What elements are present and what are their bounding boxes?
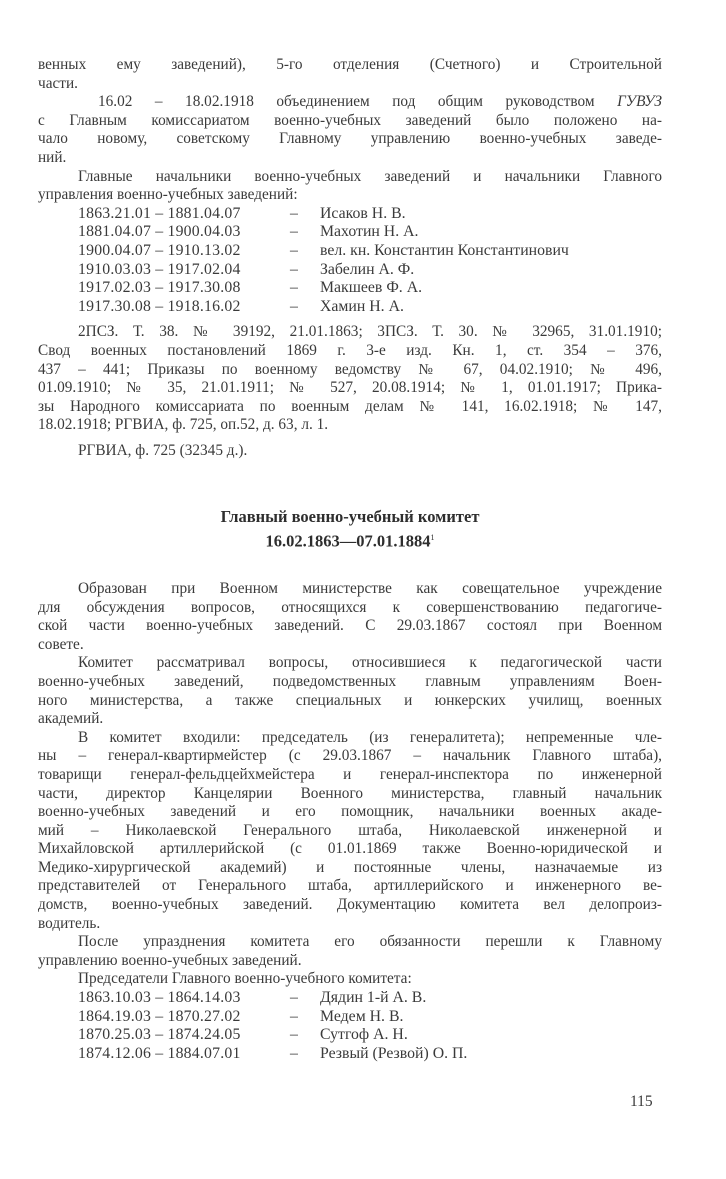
text-line: военно-учебных заведений и его помощник,… bbox=[38, 803, 662, 822]
list-item: 1863.21.01 – 1881.04.07–Исаков Н. В. bbox=[78, 205, 662, 224]
text-line: 437 – 441; Приказы по военному ведомству… bbox=[38, 361, 662, 380]
dash: – bbox=[290, 1045, 320, 1064]
text-line: для обсуждения вопросов, относящихся к с… bbox=[38, 599, 662, 618]
section-title: Главный военно-учебный комитет bbox=[38, 506, 662, 527]
dash: – bbox=[290, 989, 320, 1008]
text-line: управлению военно-учебных заведений. bbox=[38, 952, 662, 971]
spacer bbox=[38, 435, 662, 442]
term-dates: 1917.30.08 – 1918.16.02 bbox=[78, 298, 290, 317]
dash: – bbox=[290, 242, 320, 261]
text-line: Михайловской артиллерийской (с 01.01.186… bbox=[38, 840, 662, 859]
dash: – bbox=[290, 205, 320, 224]
dash: – bbox=[290, 261, 320, 280]
text-line: 18.02.1918; РГВИА, ф. 725, оп.52, д. 63,… bbox=[38, 416, 662, 435]
list-item: 1910.03.03 – 1917.02.04–Забелин А. Ф. bbox=[78, 261, 662, 280]
text-line: После упразднения комитета его обязаннос… bbox=[38, 933, 662, 952]
dates-text: 16.02.1863—07.01.1884 bbox=[266, 532, 431, 551]
text-line: В комитет входили: председатель (из гене… bbox=[38, 729, 662, 748]
text-line: с Главным комиссариатом военно-учебных з… bbox=[38, 112, 662, 131]
list-item: 1917.30.08 – 1918.16.02–Хамин Н. А. bbox=[78, 298, 662, 317]
person-name: вел. кн. Константин Константинович bbox=[320, 242, 569, 261]
term-dates: 1863.10.03 – 1864.14.03 bbox=[78, 989, 290, 1008]
chairs-list: 1863.10.03 – 1864.14.03–Дядин 1-й А. В. … bbox=[38, 989, 662, 1063]
text-line: ний. bbox=[38, 149, 662, 168]
paragraph: Образован при Военном министерстве как с… bbox=[38, 580, 662, 654]
text-line: чало новому, советскому Главному управле… bbox=[38, 130, 662, 149]
document-page: венных ему заведений), 5-го отделения (С… bbox=[38, 56, 662, 1063]
text-line: академий. bbox=[38, 710, 662, 729]
abbreviation-italic: ГУВУЗ bbox=[617, 93, 662, 110]
chairs-intro: Председатели Главного военно-учебного ко… bbox=[38, 970, 662, 989]
chiefs-intro: Главные начальники военно-учебных заведе… bbox=[38, 168, 662, 205]
text-line: ны – генерал-квартирмейстер (с 29.03.186… bbox=[38, 747, 662, 766]
text-line: части. bbox=[38, 75, 662, 94]
person-name: Исаков Н. В. bbox=[320, 205, 406, 224]
paragraph: В комитет входили: председатель (из гене… bbox=[38, 729, 662, 934]
text-line: представителей от Генерального штаба, ар… bbox=[38, 877, 662, 896]
list-item: 1863.10.03 – 1864.14.03–Дядин 1-й А. В. bbox=[78, 989, 662, 1008]
text-line: Председатели Главного военно-учебного ко… bbox=[38, 970, 662, 989]
person-name: Хамин Н. А. bbox=[320, 298, 404, 317]
text-line: Медико-хирургической академий) и постоян… bbox=[38, 859, 662, 878]
spacer bbox=[38, 552, 662, 580]
text-line: Образован при Военном министерстве как с… bbox=[38, 580, 662, 599]
term-dates: 1917.02.03 – 1917.30.08 bbox=[78, 279, 290, 298]
text-line: зы Народного комиссариата по военным дел… bbox=[38, 398, 662, 417]
dash: – bbox=[290, 298, 320, 317]
text-line: ного министерства, а также специальных и… bbox=[38, 692, 662, 711]
person-name: Сутгоф А. Н. bbox=[320, 1026, 408, 1045]
section-dates: 16.02.1863—07.01.18841 bbox=[38, 527, 662, 552]
text-line: Главные начальники военно-учебных заведе… bbox=[38, 168, 662, 187]
text-line: домств, военно-учебных заведений. Докуме… bbox=[38, 896, 662, 915]
list-item: 1917.02.03 – 1917.30.08–Макшеев Ф. А. bbox=[78, 279, 662, 298]
person-name: Макшеев Ф. А. bbox=[320, 279, 422, 298]
text-line: товарищи генерал-фельдцейхмейстера и ген… bbox=[38, 766, 662, 785]
paragraph-continuation: венных ему заведений), 5-го отделения (С… bbox=[38, 56, 662, 93]
list-item: 1864.19.03 – 1870.27.02–Медем Н. В. bbox=[78, 1008, 662, 1027]
chiefs-list: 1863.21.01 – 1881.04.07–Исаков Н. В. 188… bbox=[38, 205, 662, 317]
term-dates: 1900.04.07 – 1910.13.02 bbox=[78, 242, 290, 261]
text-line: части, директор Канцелярии Военного мини… bbox=[38, 785, 662, 804]
list-item: 1874.12.06 – 1884.07.01–Резвый (Резвой) … bbox=[78, 1045, 662, 1064]
text-line: венных ему заведений), 5-го отделения (С… bbox=[38, 56, 662, 75]
term-dates: 1881.04.07 – 1900.04.03 bbox=[78, 223, 290, 242]
text-line: 01.09.1910; № 35, 21.01.1911; № 527, 20.… bbox=[38, 379, 662, 398]
spacer bbox=[38, 460, 662, 506]
dash: – bbox=[290, 223, 320, 242]
paragraph: После упразднения комитета его обязаннос… bbox=[38, 933, 662, 970]
list-item: 1881.04.07 – 1900.04.03–Махотин Н. А. bbox=[78, 223, 662, 242]
dash: – bbox=[290, 279, 320, 298]
text-line: Свод военных постановлений 1869 г. 3-е и… bbox=[38, 342, 662, 361]
sources-block: 2ПСЗ. Т. 38. № 39192, 21.01.1863; 3ПСЗ. … bbox=[38, 323, 662, 435]
term-dates: 1874.12.06 – 1884.07.01 bbox=[78, 1045, 290, 1064]
text-line: ской части военно-учебных заведений. С 2… bbox=[38, 617, 662, 636]
archive-reference: РГВИА, ф. 725 (32345 д.). bbox=[38, 442, 662, 461]
text-line: 2ПСЗ. Т. 38. № 39192, 21.01.1863; 3ПСЗ. … bbox=[38, 323, 662, 342]
text-line: РГВИА, ф. 725 (32345 д.). bbox=[38, 442, 662, 461]
person-name: Забелин А. Ф. bbox=[320, 261, 414, 280]
dash: – bbox=[290, 1008, 320, 1027]
text-line: управления военно-учебных заведений: bbox=[38, 186, 662, 205]
text-line: военно-учебных заведений, подведомственн… bbox=[38, 673, 662, 692]
term-dates: 1863.21.01 – 1881.04.07 bbox=[78, 205, 290, 224]
text-line: 16.02 – 18.02.1918 объединением под общи… bbox=[38, 93, 662, 112]
list-item: 1870.25.03 – 1874.24.05–Сутгоф А. Н. bbox=[78, 1026, 662, 1045]
dash: – bbox=[290, 1026, 320, 1045]
paragraph: Комитет рассматривал вопросы, относившие… bbox=[38, 654, 662, 728]
person-name: Резвый (Резвой) О. П. bbox=[320, 1045, 467, 1064]
list-item: 1900.04.07 – 1910.13.02–вел. кн. Констан… bbox=[78, 242, 662, 261]
text-line: мий – Николаевской Генерального штаба, Н… bbox=[38, 822, 662, 841]
person-name: Медем Н. В. bbox=[320, 1008, 403, 1027]
term-dates: 1910.03.03 – 1917.02.04 bbox=[78, 261, 290, 280]
person-name: Махотин Н. А. bbox=[320, 223, 418, 242]
section-heading: Главный военно-учебный комитет 16.02.186… bbox=[38, 506, 662, 552]
text-line: совете. bbox=[38, 636, 662, 655]
footnote-mark: 1 bbox=[431, 533, 435, 542]
paragraph-1918: 16.02 – 18.02.1918 объединением под общи… bbox=[38, 93, 662, 167]
term-dates: 1870.25.03 – 1874.24.05 bbox=[78, 1026, 290, 1045]
text-line: Комитет рассматривал вопросы, относившие… bbox=[38, 654, 662, 673]
spacer bbox=[38, 316, 662, 323]
text-span: 16.02 – 18.02.1918 объединением под общи… bbox=[98, 93, 617, 110]
text-line: водитель. bbox=[38, 915, 662, 934]
page-number: 115 bbox=[630, 1093, 653, 1111]
term-dates: 1864.19.03 – 1870.27.02 bbox=[78, 1008, 290, 1027]
person-name: Дядин 1-й А. В. bbox=[320, 989, 426, 1008]
